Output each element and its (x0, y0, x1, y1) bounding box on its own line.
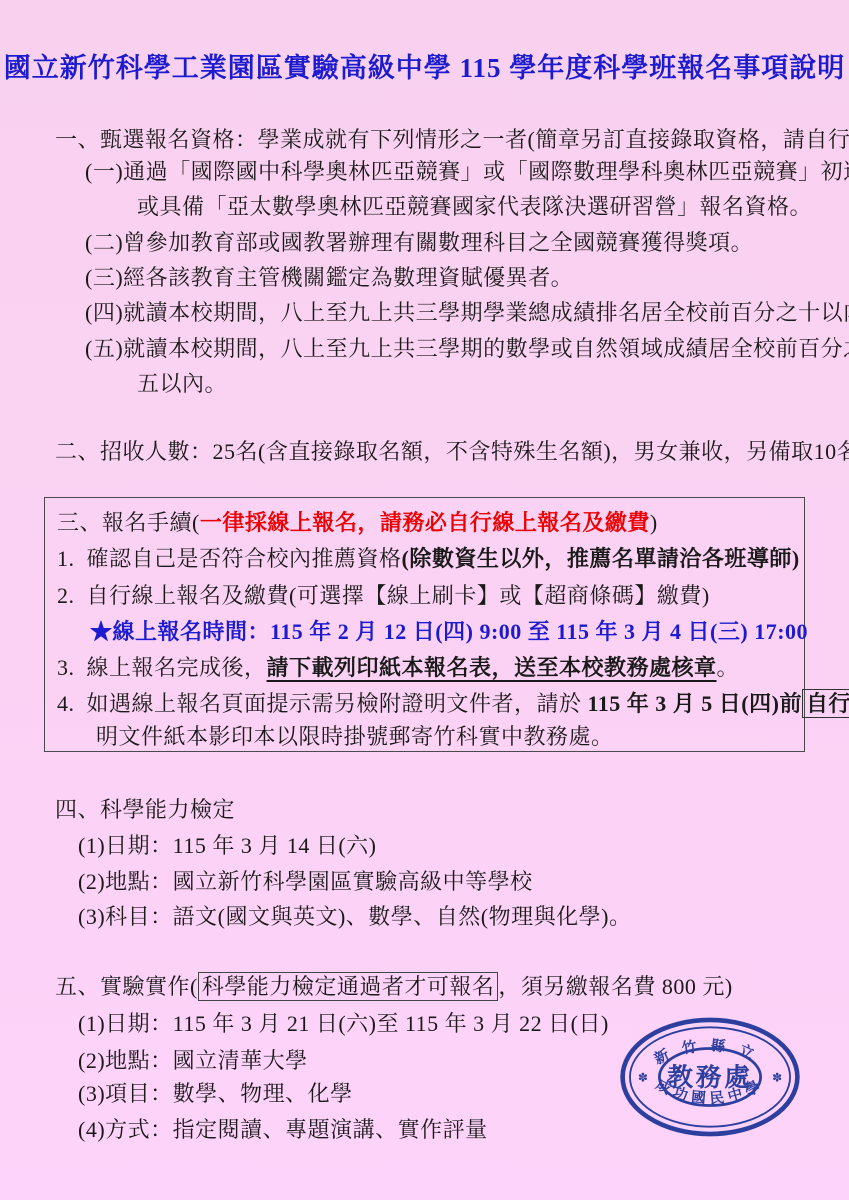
section-1-item-1-cont: 或具備「亞太數學奧林匹亞競賽國家代表隊決選研習營」報名資格。 (137, 189, 812, 225)
office-stamp-seal-icon: 新竹縣立 成功國民中學 教務處 ✽ ✽ (618, 1014, 802, 1140)
section-1-item-5: (五)就讀本校期間，八上至九上共三學期的數學或自然領域成績居全校前百分之 (85, 331, 849, 367)
section-5-header-prefix: 五、實驗實作( (55, 974, 198, 999)
section-1-item-3: (三)經各該教育主管機關鑑定為數理資賦優異者。 (85, 260, 573, 296)
section-3-item-1-text: 1. 確認自己是否符合校內推薦資格 (57, 546, 402, 571)
section-3-header-red-note: 一律採線上報名，請務必自行線上報名及繳費 (200, 510, 650, 535)
section-1-item-1: (一)通過「國際國中科學奧林匹亞競賽」或「國際數理學科奧林匹亞競賽」初選， (85, 154, 849, 190)
section-1-item-5-cont: 五以內。 (137, 366, 227, 402)
section-3-item-3-suffix: 。 (717, 655, 740, 680)
section-3-item-1: 1. 確認自己是否符合校內推薦資格(除數資生以外，推薦名單請洽各班導師) (57, 541, 800, 577)
section-3-header: 三、報名手續(一律採線上報名，請務必自行線上報名及繳費) (57, 505, 658, 541)
section-5-item-2: (2)地點：國立清華大學 (78, 1043, 308, 1079)
section-3-item-4-cont: 明文件紙本影印本以限時掛號郵寄竹科實中教務處。 (96, 719, 614, 755)
section-2-header: 二、招收人數：25名(含直接錄取名額，不含特殊生名額)，男女兼收，另備取10名。 (55, 434, 849, 470)
section-4-item-3: (3)科目：語文(國文與英文)、數學、自然(物理與化學)。 (78, 899, 631, 935)
page-title: 國立新竹科學工業園區實驗高級中學 115 學年度科學班報名事項說明 (0, 48, 849, 88)
section-3-item-3-underlined: 請下載列印紙本報名表，送至本校教務處核章 (267, 655, 717, 680)
section-5-header: 五、實驗實作(科學能力檢定通過者才可報名，須另繳報名費 800 元) (55, 969, 733, 1005)
stamp-flower-left-icon: ✽ (638, 1071, 648, 1085)
section-5-item-1: (1)日期：115 年 3 月 21 日(六)至 115 年 3 月 22 日(… (78, 1006, 609, 1042)
section-3-item-1-bold-note: (除數資生以外，推薦名單請洽各班導師) (402, 546, 800, 571)
stamp-flower-right-icon: ✽ (772, 1071, 782, 1085)
section-1-item-4: (四)就讀本校期間，八上至九上共三學期學業總成績排名居全校前百分之十以內。 (85, 295, 849, 331)
section-1-item-2: (二)曾參加教育部或國教署辦理有關數理科目之全國競賽獲得獎項。 (85, 225, 753, 261)
section-3-deadline-line: ★線上報名時間：115 年 2 月 12 日(四) 9:00 至 115 年 3… (90, 614, 808, 650)
section-3-item-3-text: 3. 線上報名完成後， (57, 655, 267, 680)
section-3-header-suffix: ) (650, 510, 658, 535)
section-4-header: 四、科學能力檢定 (55, 792, 235, 828)
section-3-item-4-date-bold: 115 年 3 月 5 日(四)前 (588, 691, 802, 716)
section-5-header-suffix: ，須另繳報名費 800 元) (498, 974, 732, 999)
section-3-item-3: 3. 線上報名完成後，請下載列印紙本報名表，送至本校教務處核章。 (57, 650, 739, 686)
section-1-header: 一、甄選報名資格：學業成就有下列情形之一者(簡章另訂直接錄取資格，請自行查閱) (55, 122, 849, 158)
section-3-item-4: 4. 如遇線上報名頁面提示需另檢附證明文件者，請於 115 年 3 月 5 日(… (57, 686, 849, 722)
stamp-center-text: 教務處 (667, 1063, 753, 1092)
section-4-item-1: (1)日期：115 年 3 月 14 日(六) (78, 828, 377, 864)
office-stamp: 新竹縣立 成功國民中學 教務處 ✽ ✽ (618, 1014, 802, 1140)
section-5-item-3: (3)項目：數學、物理、化學 (78, 1076, 353, 1112)
document-page: 國立新竹科學工業園區實驗高級中學 115 學年度科學班報名事項說明 一、甄選報名… (0, 0, 849, 1200)
section-3-item-2: 2. 自行線上報名及繳費(可選擇【線上刷卡】或【超商條碼】繳費) (57, 578, 710, 614)
section-3-item-4-boxed-word: 自行 (802, 689, 849, 718)
section-3-item-4-text: 4. 如遇線上報名頁面提示需另檢附證明文件者，請於 (57, 691, 588, 716)
section-5-header-boxed-note: 科學能力檢定通過者才可報名 (198, 972, 499, 1001)
section-4-item-2: (2)地點：國立新竹科學園區實驗高級中等學校 (78, 864, 533, 900)
section-3-header-prefix: 三、報名手續( (57, 510, 200, 535)
section-5-item-4: (4)方式：指定閱讀、專題演講、實作評量 (78, 1112, 488, 1148)
